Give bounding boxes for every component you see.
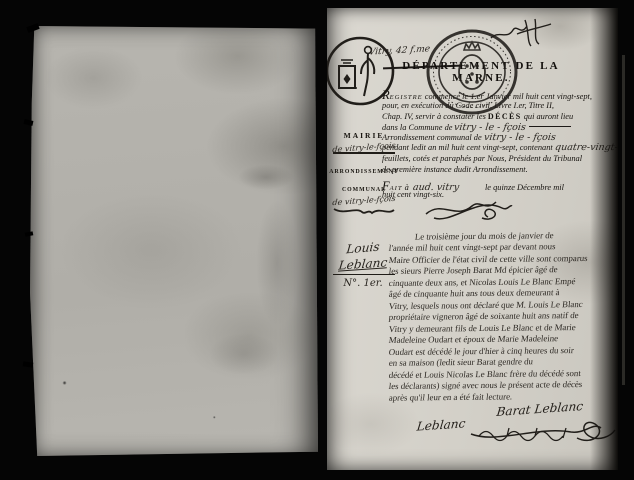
page-edge-tear	[23, 361, 34, 367]
register-line: de première instance dudit Arrondissemen…	[382, 165, 618, 174]
mairie-block: MAIRIE de vitry-le-fçois	[329, 125, 399, 152]
communal-label: COMMUNAL	[342, 187, 386, 193]
act-text-line: en sa maison (ledit sieur Barat gendre d…	[388, 356, 533, 368]
blank-verso-page	[30, 26, 318, 456]
page-fold-shadow	[590, 8, 618, 470]
register-hw-note: Vitry, 42 f.me	[368, 44, 431, 57]
act-text-line: âgé de cinquante huit ans tous deux deme…	[388, 287, 560, 299]
arrondissement-label: ARRONDISSEMENT	[329, 169, 398, 175]
witness-signature: Leblanc	[416, 416, 466, 433]
register-line: feuillets, cotés et paraphés par Nous, P…	[382, 154, 618, 163]
act-text-line: Le troisième jour du mois de janvier de	[388, 230, 554, 242]
act-text-line: Vitry y demeurant fils de Louis Le Blanc…	[388, 322, 576, 334]
margin-brace-ornament	[332, 205, 396, 217]
page-edge-tear	[24, 119, 34, 126]
ink-bleedthrough	[200, 146, 310, 406]
act-text-line: les déclarants) signé avec nous le prése…	[388, 379, 583, 391]
act-text-line: Vitry, lesquels nous ont déclaré que M. …	[388, 299, 583, 311]
act-text-line: l'année mil huit cent vingt-sept par dev…	[388, 241, 556, 253]
act-text-line: les sieurs Pierre Joseph Barat Md épicie…	[388, 264, 558, 276]
act-text-line: Madeleine Oudart et époux de Marie Madel…	[388, 333, 558, 345]
mairie-label: MAIRIE	[344, 131, 385, 140]
printed-fill-rule	[529, 125, 571, 127]
act-text-line: propriétaire vigneron âgé de soixante hu…	[388, 310, 579, 322]
act-text-line: cinquante deux ans, et Nicolas Louis Le …	[388, 276, 576, 288]
register-line: pendant ledit an mil huit cent vingt-sep…	[382, 142, 618, 153]
register-title-page: Vitry, 42 f.me DÉPARTEMENT DE LA MARNE. …	[327, 8, 618, 470]
book-edge	[622, 55, 625, 385]
scanned-register-spread: Vitry, 42 f.me DÉPARTEMENT DE LA MARNE. …	[0, 0, 634, 480]
arrondissement-block: ARRONDISSEMENT COMMUNAL de vitry-le-fçoi…	[329, 160, 399, 205]
department-seal-icon	[423, 24, 521, 120]
act-text-line: après qu'il leur en a été fait lecture.	[388, 391, 512, 402]
act-number: N°. 1er.	[331, 278, 395, 289]
act-text-line: Oudart est décédé le jour d'hier à cinq …	[388, 345, 574, 357]
act-margin-rule	[333, 274, 395, 275]
illegible-annotation-flourish	[477, 426, 589, 444]
register-line: huit cent vingt-six.	[382, 190, 618, 199]
act-margin-name: Leblanc	[330, 255, 396, 273]
act-text-line: décédé et Louis Nicolas Le Blanc frère d…	[388, 368, 581, 380]
